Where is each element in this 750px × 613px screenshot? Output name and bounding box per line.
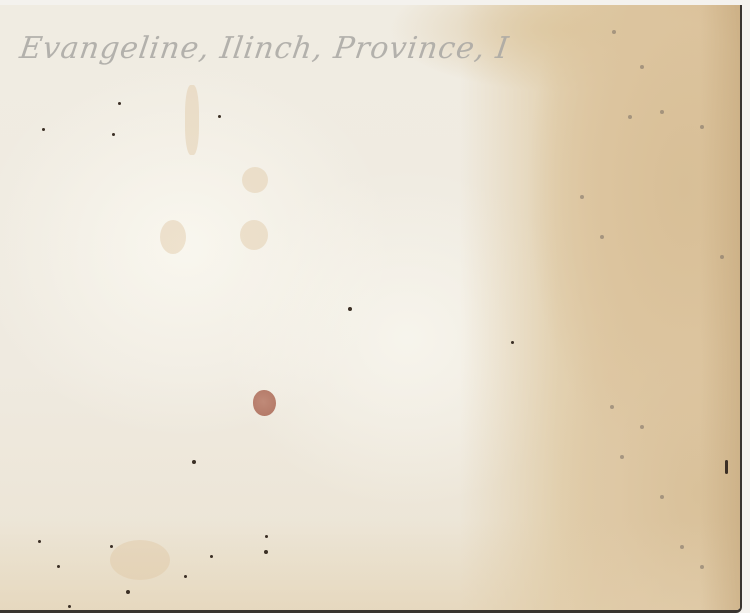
stain-speck xyxy=(680,545,684,549)
speck xyxy=(42,128,45,131)
stain-speck xyxy=(628,115,632,119)
stain-speck xyxy=(640,425,644,429)
scan-background: Evangeline, Ilinch, Province, I xyxy=(0,0,750,613)
speck xyxy=(57,565,60,568)
photo-card-back: Evangeline, Ilinch, Province, I xyxy=(0,5,742,613)
speck xyxy=(218,115,221,118)
speck xyxy=(192,460,196,464)
speck xyxy=(184,575,187,578)
speck xyxy=(126,590,130,594)
faint-blot xyxy=(242,167,268,193)
speck xyxy=(68,605,71,608)
speck xyxy=(110,545,113,548)
stain-speck xyxy=(620,455,624,459)
speck xyxy=(511,341,514,344)
stain-speck xyxy=(610,405,614,409)
stain-speck xyxy=(660,495,664,499)
faint-blot xyxy=(240,220,268,250)
speck xyxy=(38,540,41,543)
stain-speck xyxy=(612,30,616,34)
speck xyxy=(265,535,268,538)
speck xyxy=(118,102,121,105)
red-stain-spot xyxy=(253,390,276,416)
speck xyxy=(210,555,213,558)
stain-speck xyxy=(720,255,724,259)
stain-speck xyxy=(580,195,584,199)
faint-blot xyxy=(185,85,199,155)
speck xyxy=(348,307,352,311)
speck xyxy=(112,133,115,136)
right-edge-shade xyxy=(700,5,740,610)
faint-blot xyxy=(160,220,186,254)
handwritten-caption: Evangeline, Ilinch, Province, I xyxy=(18,31,512,66)
stain-speck xyxy=(700,125,704,129)
speck xyxy=(264,550,268,554)
stain-speck xyxy=(700,565,704,569)
stain-speck xyxy=(640,65,644,69)
stain-speck xyxy=(660,110,664,114)
stain-speck xyxy=(600,235,604,239)
faint-blot xyxy=(110,540,170,580)
speck xyxy=(725,460,728,474)
